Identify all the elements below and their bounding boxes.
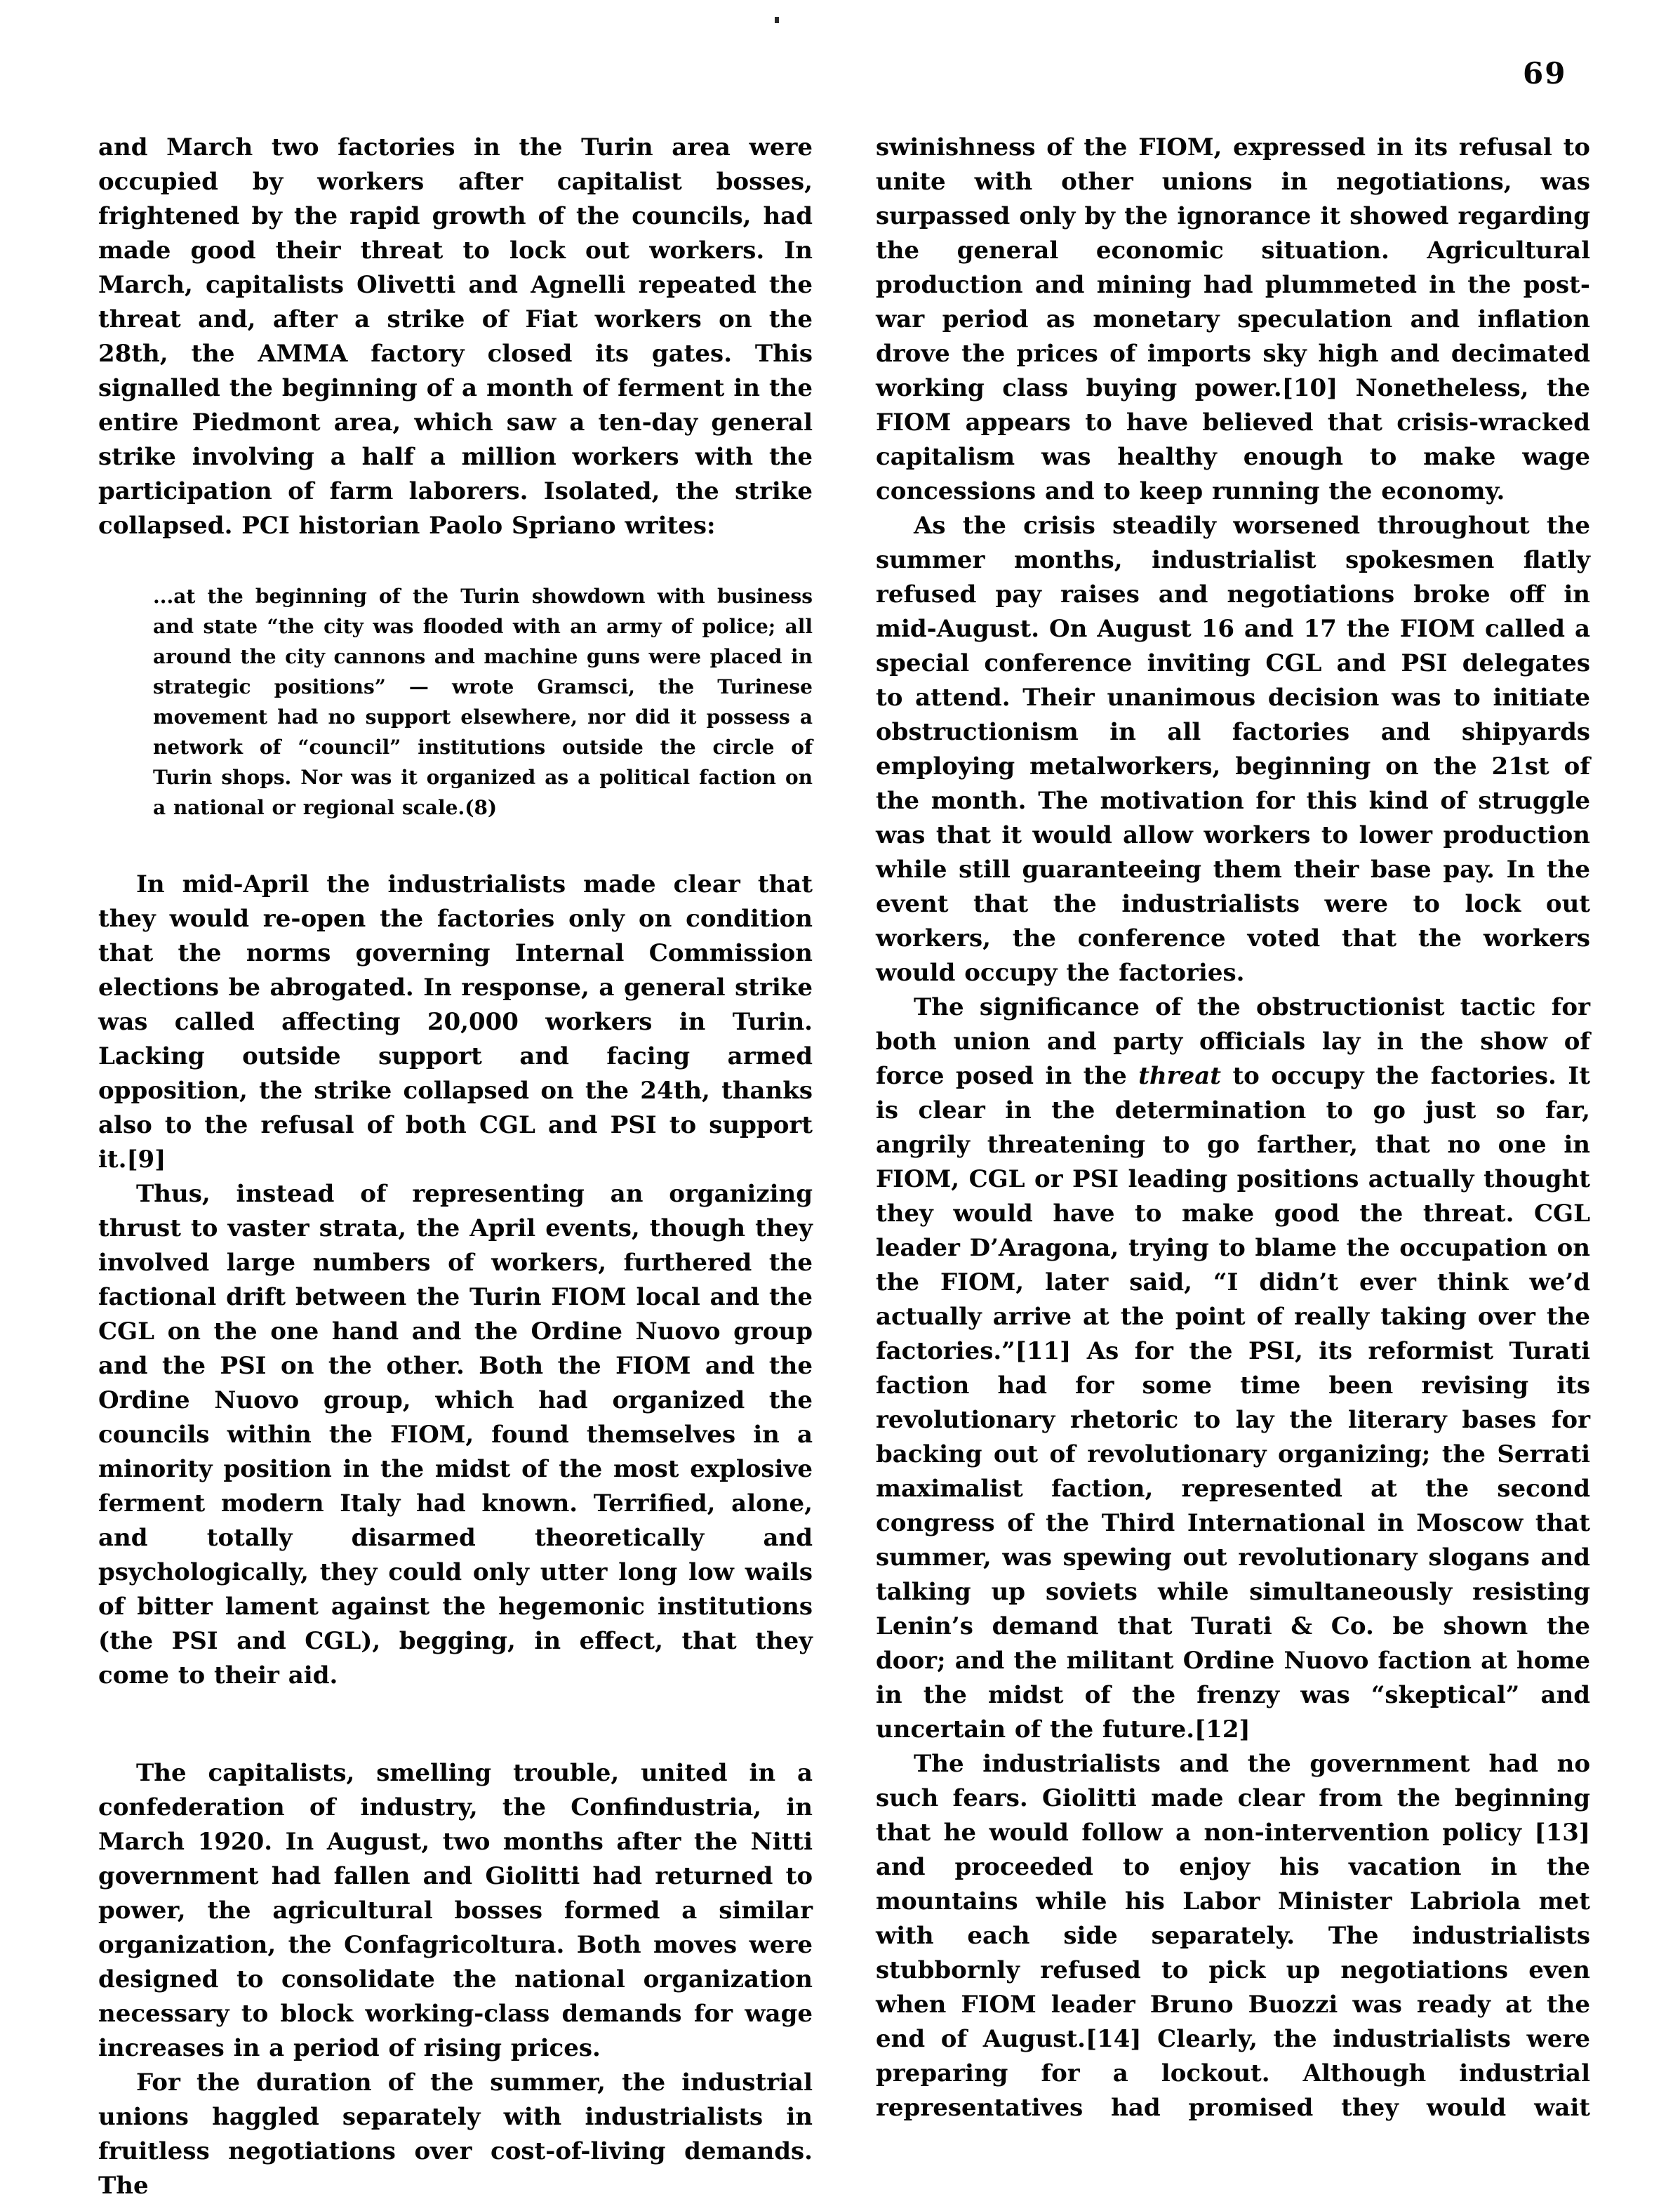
left-column: and March two factories in the Turin are…	[98, 131, 813, 2203]
body-paragraph: The significance of the obstructionist t…	[876, 990, 1590, 1747]
body-paragraph: Thus, instead of representing an organiz…	[98, 1177, 813, 1693]
text-run: For the duration of the summer, the indu…	[98, 2069, 813, 2200]
scan-artifact-dot	[775, 17, 779, 23]
page-number: 69	[1523, 56, 1566, 91]
text-run: ...at the beginning of the Turin showdow…	[153, 585, 813, 819]
text-run: swinishness of the FIOM, expressed in it…	[876, 133, 1590, 505]
text-run: In mid-April the industrialists made cle…	[98, 870, 813, 1174]
body-paragraph: swinishness of the FIOM, expressed in it…	[876, 131, 1590, 509]
text-run: The industrialists and the government ha…	[876, 1750, 1590, 2122]
body-paragraph: In mid-April the industrialists made cle…	[98, 868, 813, 1177]
text-run: and March two factories in the Turin are…	[98, 133, 813, 540]
right-column: swinishness of the FIOM, expressed in it…	[876, 131, 1590, 2125]
body-paragraph: The industrialists and the government ha…	[876, 1747, 1590, 2125]
body-paragraph: As the crisis steadily worsened througho…	[876, 509, 1590, 990]
text-run: to occupy the factories. It is clear in …	[876, 1062, 1590, 1744]
italic-text-run: threat	[1138, 1062, 1221, 1090]
body-paragraph: For the duration of the summer, the indu…	[98, 2066, 813, 2203]
text-run: As the crisis steadily worsened througho…	[876, 512, 1590, 987]
text-run: Thus, instead of representing an organiz…	[98, 1180, 813, 1689]
body-paragraph: The capitalists, smelling trouble, unite…	[98, 1756, 813, 2066]
document-page: 69 and March two factories in the Turin …	[0, 0, 1680, 2211]
body-paragraph: and March two factories in the Turin are…	[98, 131, 813, 543]
block-quote: ...at the beginning of the Turin showdow…	[153, 581, 813, 823]
text-run: The capitalists, smelling trouble, unite…	[98, 1759, 813, 2062]
